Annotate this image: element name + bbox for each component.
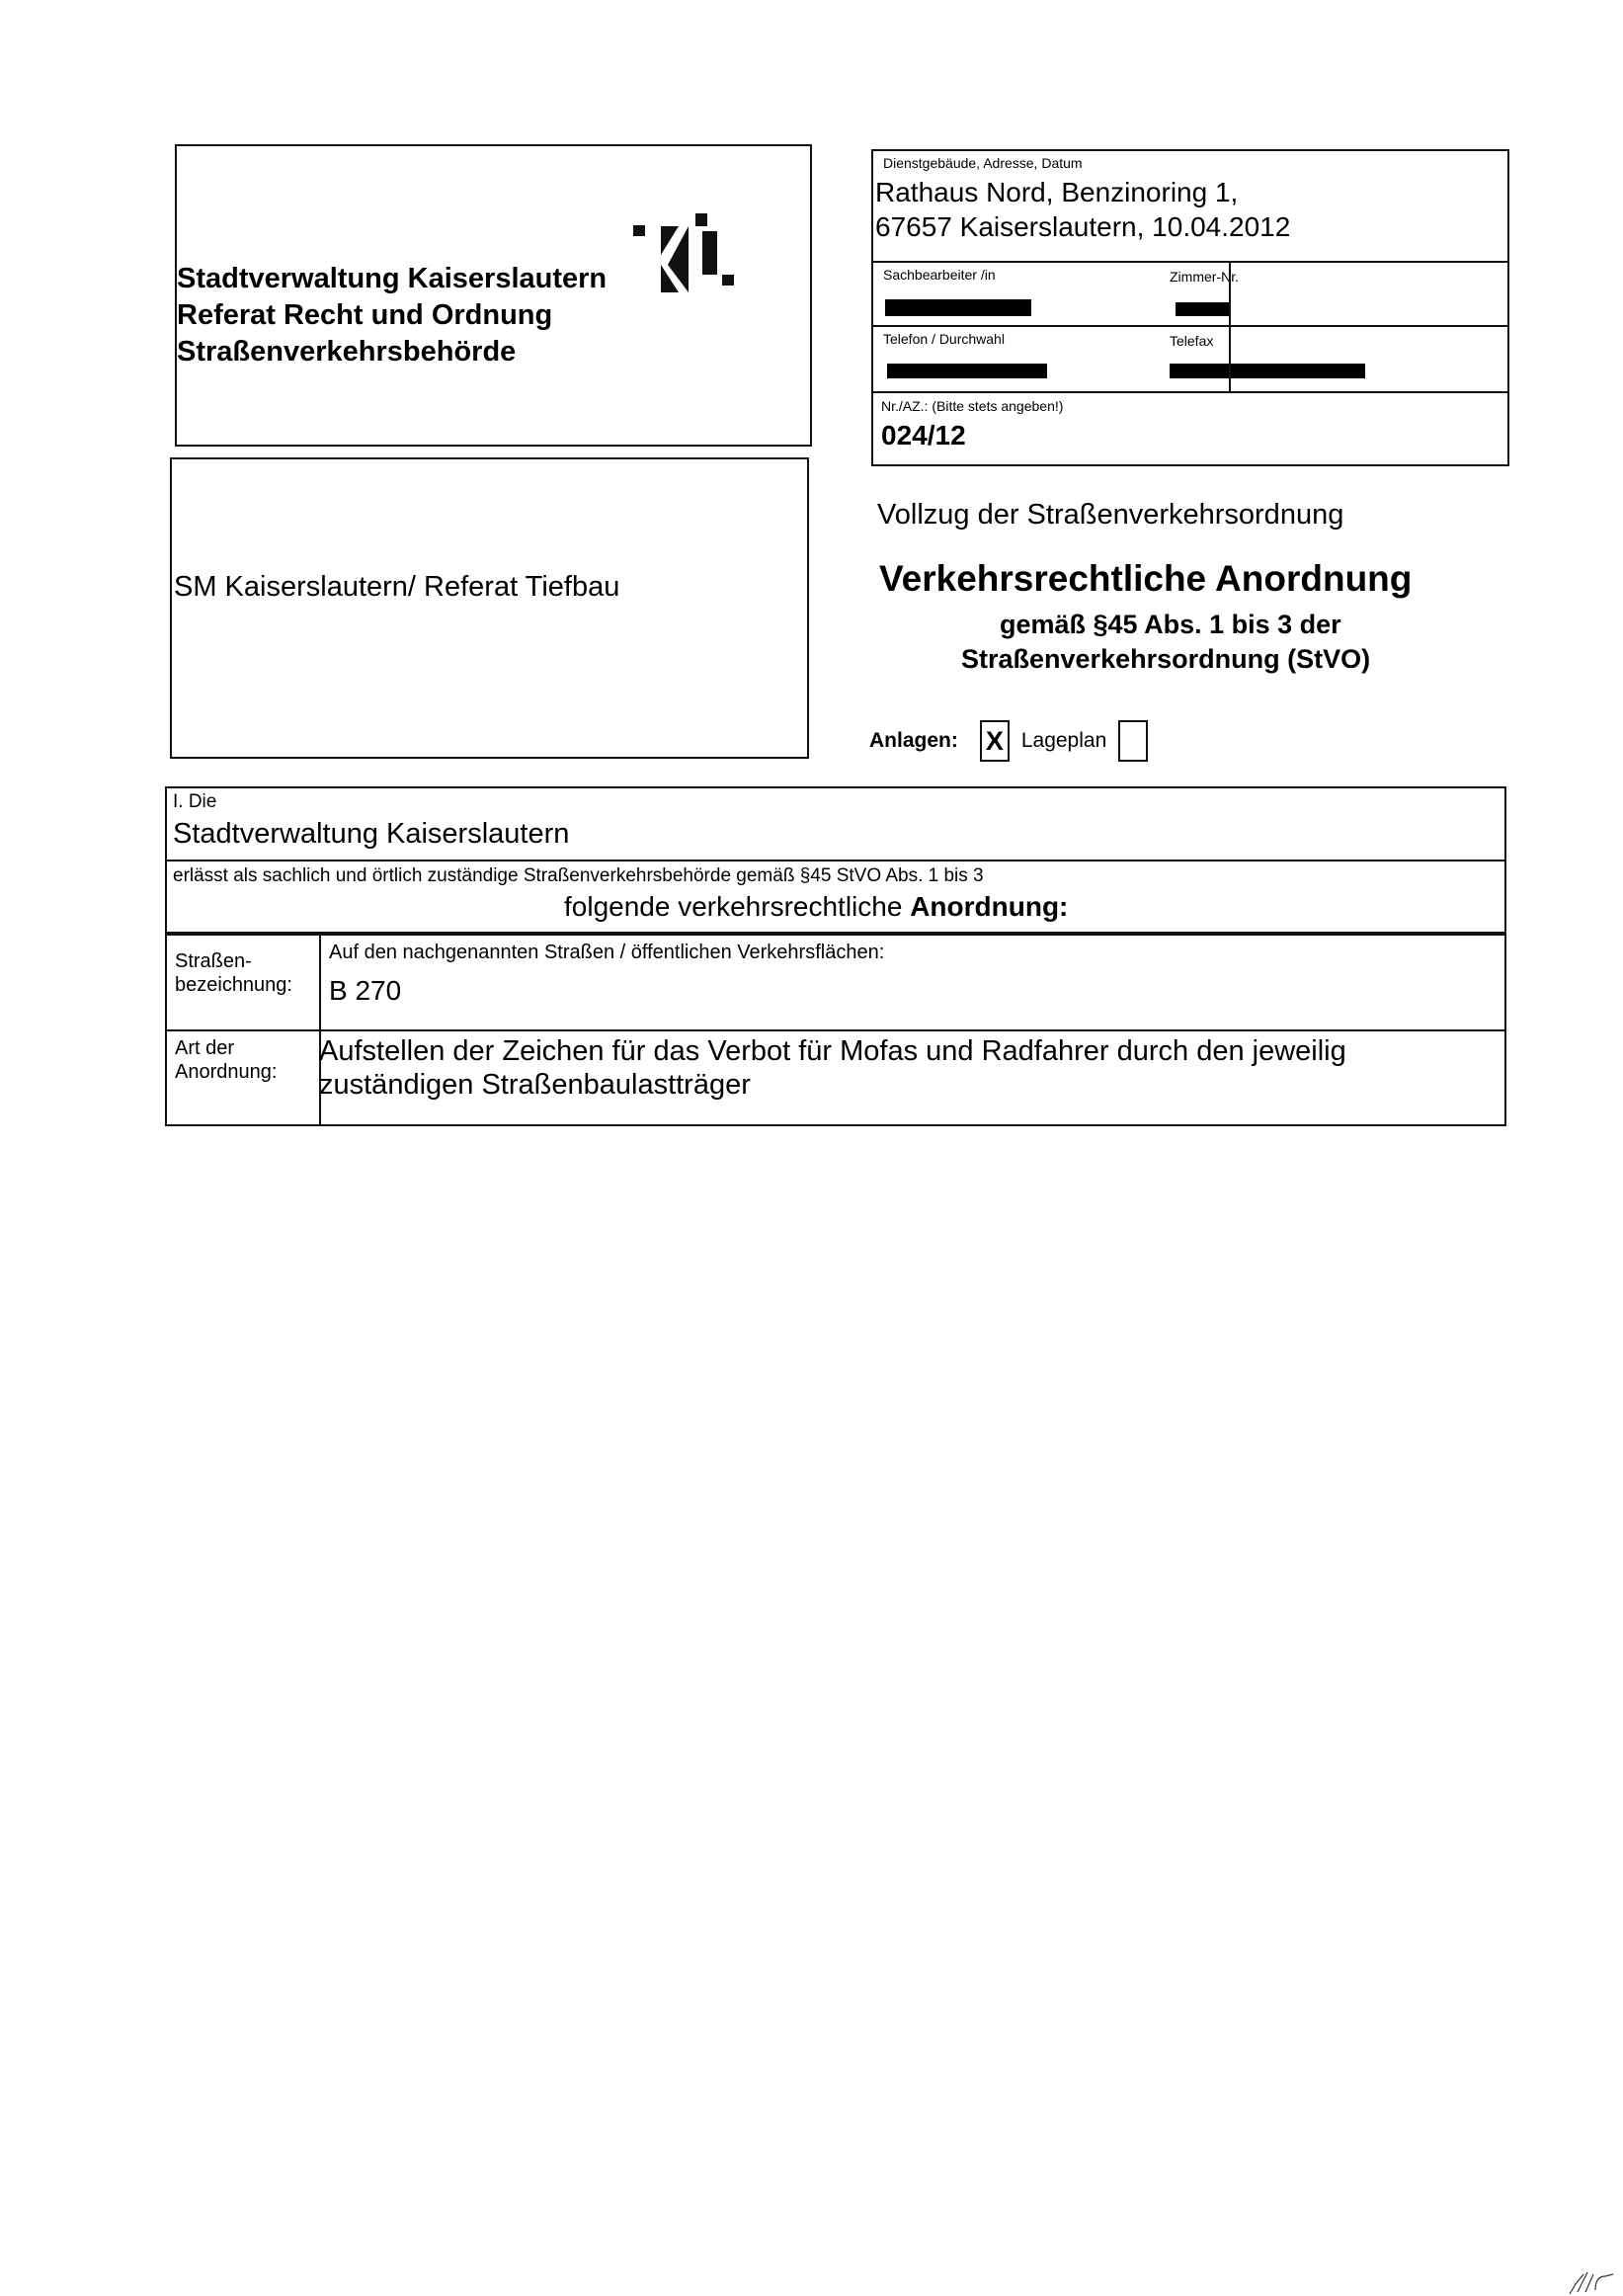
kl-logo-icon: [631, 213, 740, 292]
handwritten-initials-icon: [1566, 2262, 1615, 2296]
phone-row: Telefon / Durchwahl Telefax: [873, 327, 1507, 393]
address-line-1: Rathaus Nord, Benzinoring 1,: [875, 175, 1290, 209]
fax-label: Telefax: [1170, 333, 1213, 349]
phone-redacted: [887, 364, 1047, 378]
address-value: Rathaus Nord, Benzinoring 1, 67657 Kaise…: [875, 175, 1290, 244]
street-hint: Auf den nachgenannten Straßen / öffentli…: [329, 942, 884, 964]
order-type-label-line-1: Art der: [175, 1036, 277, 1060]
sender-line-authority: Straßenverkehrsbehörde: [177, 334, 607, 370]
clerk-label: Sachbearbeiter /in: [883, 267, 996, 283]
attachment-lageplan-label: Lageplan: [1021, 729, 1106, 753]
recipient-box: SM Kaiserslautern/ Referat Tiefbau: [170, 457, 809, 759]
street-label-line-2: bezeichnung:: [175, 973, 292, 997]
sender-line-department: Referat Recht und Ordnung: [177, 297, 607, 334]
issuer-authority: Stadtverwaltung Kaiserslautern: [173, 818, 569, 851]
sender-box: Stadtverwaltung Kaiserslautern Referat R…: [175, 144, 812, 447]
sender-line-city: Stadtverwaltung Kaiserslautern: [177, 261, 607, 297]
fax-redacted: [1170, 364, 1365, 378]
order-type-value: Aufstellen der Zeichen für das Verbot fü…: [319, 1034, 1346, 1102]
order-type-value-line-1: Aufstellen der Zeichen für das Verbot fü…: [319, 1034, 1346, 1068]
order-row-divider: [167, 1029, 1504, 1031]
address-row: Dienstgebäude, Adresse, Datum Rathaus No…: [873, 151, 1507, 263]
street-label-line-1: Straßen-: [175, 949, 292, 973]
issuer-box: I. Die Stadtverwaltung Kaiserslautern er…: [165, 786, 1506, 934]
reference-number: 024/12: [881, 420, 966, 451]
recipient-name: SM Kaiserslautern/ Referat Tiefbau: [174, 571, 619, 604]
issuer-divider: [167, 860, 1504, 861]
reference-label: Nr./AZ.: (Bitte stets angeben!): [881, 398, 1063, 414]
order-table: Straßen- bezeichnung: Auf den nachgenann…: [165, 934, 1506, 1126]
address-line-2: 67657 Kaiserslautern, 10.04.2012: [875, 209, 1290, 244]
issuer-statement: erlässt als sachlich und örtlich zuständ…: [173, 865, 984, 887]
legal-basis-line-2: Straßenverkehrsordnung (StVO): [961, 644, 1370, 675]
sender-lines: Stadtverwaltung Kaiserslautern Referat R…: [177, 261, 607, 370]
attachment-lageplan-checkbox[interactable]: [1118, 720, 1148, 762]
street-label: Straßen- bezeichnung:: [175, 949, 292, 997]
attachment-checkbox-checked[interactable]: X: [980, 720, 1010, 762]
order-type-value-line-2: zuständigen Straßenbaulastträger: [319, 1068, 1346, 1102]
issuer-order-prefix: folgende verkehrsrechtliche: [564, 891, 910, 922]
order-type-label-line-2: Anordnung:: [175, 1060, 277, 1084]
phone-label: Telefon / Durchwahl: [883, 331, 1005, 347]
address-label: Dienstgebäude, Adresse, Datum: [883, 155, 1083, 171]
room-redacted: [1176, 302, 1229, 316]
attachments-label: Anlagen:: [869, 729, 958, 753]
info-column-divider: [1229, 263, 1231, 393]
clerk-row: Sachbearbeiter /in Zimmer-Nr.: [873, 263, 1507, 327]
info-box: Dienstgebäude, Adresse, Datum Rathaus No…: [871, 149, 1509, 466]
issuer-intro: I. Die: [173, 791, 216, 813]
subtitle: Vollzug der Straßenverkehrsordnung: [877, 499, 1343, 532]
street-value: B 270: [329, 975, 401, 1007]
issuer-order-line: folgende verkehrsrechtliche Anordnung:: [564, 891, 1068, 923]
attachments: Anlagen: X Lageplan: [869, 718, 1148, 764]
order-type-label: Art der Anordnung:: [175, 1036, 277, 1084]
clerk-redacted: [885, 299, 1031, 316]
legal-basis-line-1: gemäß §45 Abs. 1 bis 3 der: [1000, 610, 1341, 640]
document-title: Verkehrsrechtliche Anordnung: [879, 558, 1412, 600]
issuer-order-bold: Anordnung:: [910, 891, 1068, 922]
